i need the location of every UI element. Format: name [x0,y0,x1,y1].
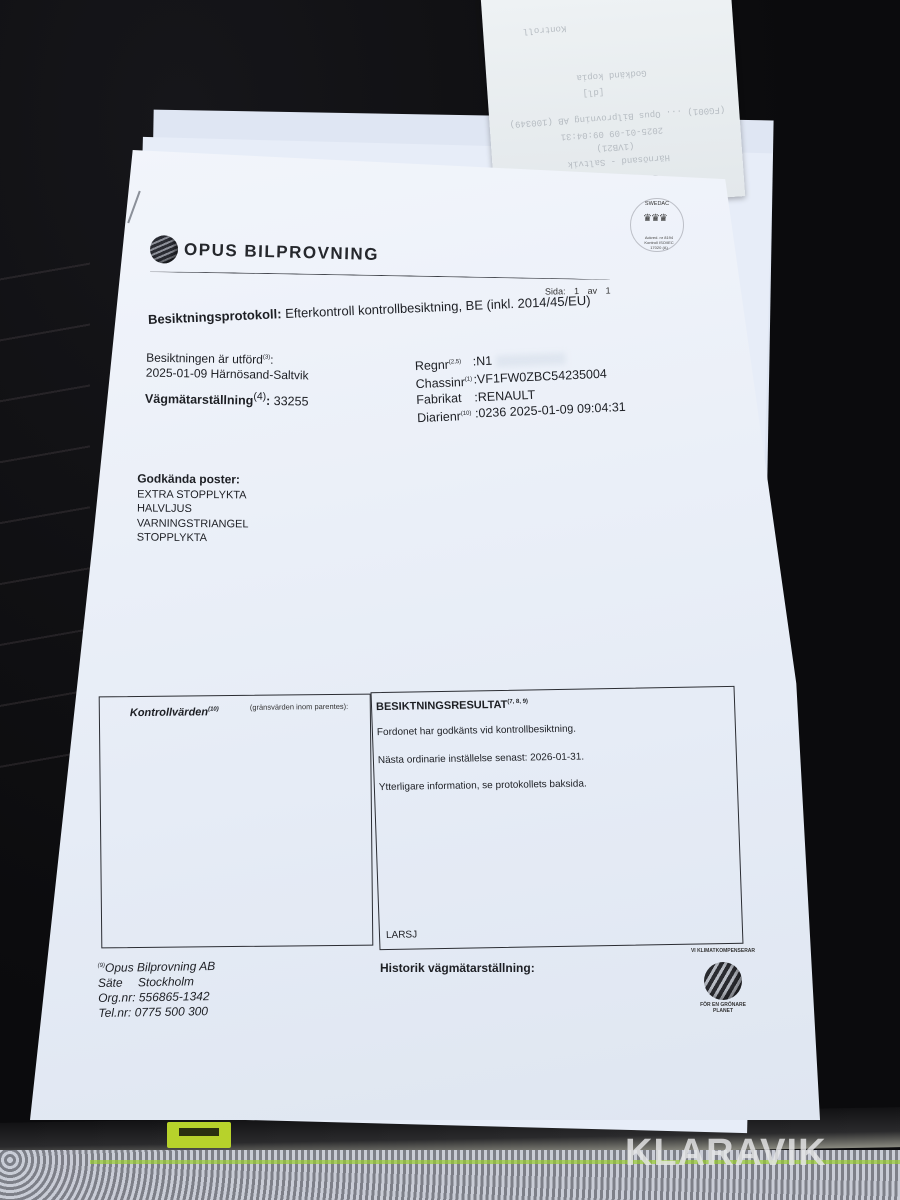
approved-item: STOPPLYKTA [137,531,249,546]
seat-value: Stockholm [138,974,194,989]
approved-heading: Godkända poster: [137,472,249,487]
seal-top-text: SWEDAC [629,201,685,207]
company-info: (9)Opus Bilprovning AB Säte Stockholm Or… [97,957,216,1021]
control-values-box: Kontrollvärden(10) (gränsvärden inom par… [99,694,374,949]
footnote-ref: (10) [461,411,472,417]
footnote-ref: (2,5) [449,359,462,366]
document-title: Besiktningsprotokoll: Efterkontroll kont… [148,293,591,327]
header-divider [150,271,610,281]
title-bold: Besiktningsprotokoll: [148,306,282,327]
control-values-title: Kontrollvärden [130,706,208,719]
footnote-ref: (1) [465,377,473,383]
approved-item: VARNINGSTRIANGEL [137,516,249,531]
company-name: Opus Bilprovning AB [105,959,216,975]
result-line: Fordonet har godkänts vid kontrollbesikt… [377,724,576,738]
page-total: 1 [606,285,611,295]
odometer-label: Vägmätarställning [145,392,254,408]
performed-value: 2025-01-09 Härnösand-Saltvik [146,366,309,384]
document-content: OPUS BILPROVNING SWEDAC ♛♛♛ Ackred. nr 8… [0,0,900,1200]
inspector-signature: LARSJ [386,929,418,941]
swedac-accreditation-seal: SWEDAC ♛♛♛ Ackred. nr 8194 Kontroll ISO/… [630,198,684,252]
performed-label: Besiktningen är utförd [146,351,263,367]
brand-name: OPUS BILPROVNING [184,240,379,265]
inspection-result-box: BESIKTNINGSRESULTAT(7, 8, 9) Fordonet ha… [371,686,744,950]
odometer-history-label: Historik vägmätarställning: [380,961,535,975]
field-label: Chassinr [415,375,465,391]
brand-logo: OPUS BILPROVNING [150,235,380,269]
vehicle-details: Regnr(2,5) :N1 Chassinr(1) :VF1FW0ZBC542… [414,347,626,427]
seal-small-text: Ackred. nr 8194 Kontroll ISO/IEC 17020 (… [639,235,679,250]
result-title: BESIKTNINGSRESULTAT [376,699,508,713]
footnote-ref: (10) [208,707,219,713]
field-label: Diarienr [417,410,461,426]
field-value: :N1 [472,354,492,369]
inspection-performed: Besiktningen är utförd(3): 2025-01-09 Hä… [146,349,309,384]
badge-bottom-text: FÖR EN GRÖNARE PLANET [690,1002,756,1014]
watermark: KLARAVIK [625,1132,827,1175]
field-label: Regnr [415,358,450,373]
seat-label: Säte [98,976,123,990]
staple [127,191,141,224]
title-rest: Efterkontroll kontrollbesiktning, BE (in… [285,293,591,321]
footnote-ref: (4) [253,391,266,402]
approved-item: EXTRA STOPPLYKTA [137,487,249,502]
redacted-area [496,352,566,367]
climate-compensation-badge: VI KLIMATKOMPENSERAR FÖR EN GRÖNARE PLAN… [690,948,756,1014]
three-crowns-icon: ♛♛♛ [643,213,667,224]
odometer-value: 33255 [274,394,309,409]
badge-top-text: VI KLIMATKOMPENSERAR [690,948,756,954]
striped-globe-icon [704,962,742,1000]
control-values-subtitle: (gränsvärden inom parentes): [250,702,348,712]
approved-items: Godkända poster: EXTRA STOPPLYKTA HALVLJ… [137,472,249,546]
result-line: Ytterligare information, se protokollets… [379,778,587,793]
footnote-ref: (7, 8, 9) [507,699,528,705]
odometer-reading: Vägmätarställning(4): 33255 [145,390,309,409]
footnote-ref: (3) [263,355,270,361]
phone-number: Tel.nr: 0775 500 300 [98,1004,216,1021]
approved-item: HALVLJUS [137,502,249,517]
globe-logo-icon [150,235,179,264]
result-line: Nästa ordinarie inställelse senast: 2026… [378,752,585,767]
